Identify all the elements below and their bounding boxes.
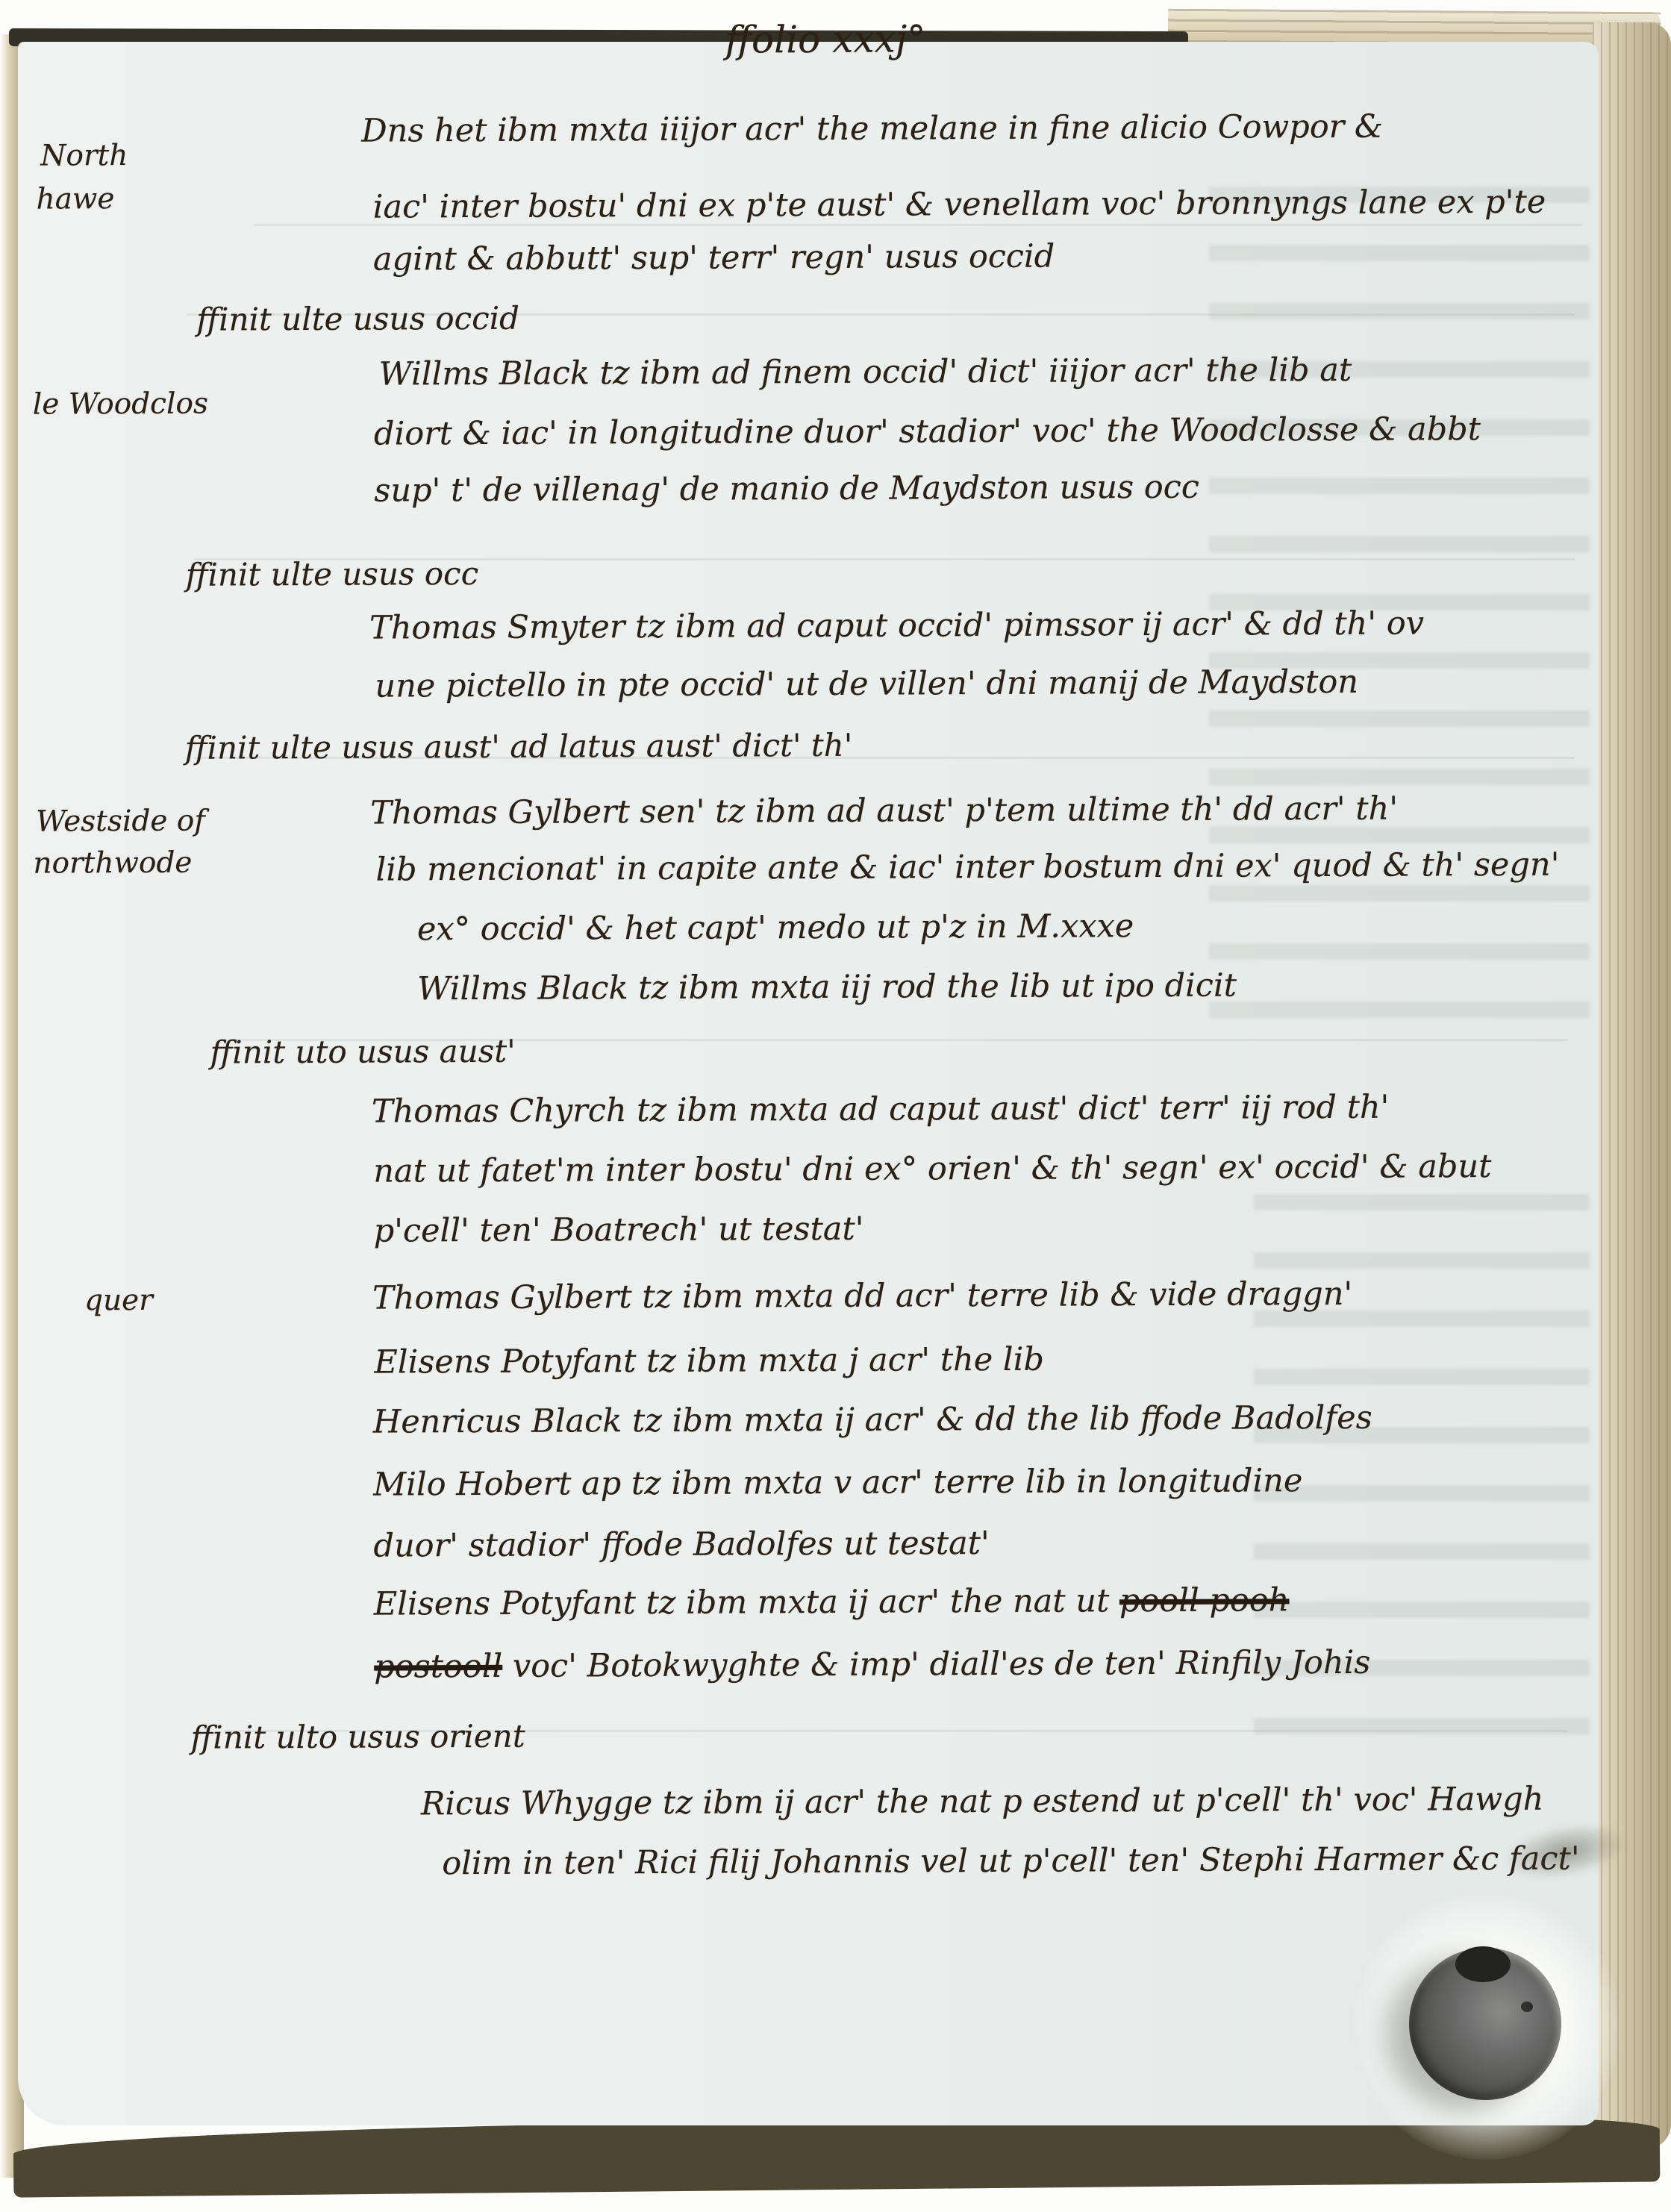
- entry-line: agint & abbutt' sup' terr' regn' usus oc…: [373, 238, 1055, 278]
- entry-line: Thomas Chyrch tz ibm mxta ad caput aust'…: [372, 1089, 1390, 1131]
- entry-line: nat ut fatet'm inter bostu' dni ex° orie…: [373, 1148, 1491, 1190]
- entry-line: Willms Black tz ibm ad finem occid' dict…: [379, 352, 1352, 393]
- struck-text: pooll pooh: [1119, 1581, 1290, 1619]
- struck-text: postooll: [374, 1648, 502, 1686]
- entry-line: Henricus Black tz ibm mxta ij acr' & dd …: [373, 1399, 1372, 1441]
- entry-line: duor' stadior' ffode Badolfes ut testat': [373, 1525, 990, 1565]
- entry-text: Elisens Potyfant tz ibm mxta ij acr' the…: [374, 1582, 1119, 1622]
- entry-line: Milo Hobert ap tz ibm mxta v acr' terre …: [373, 1462, 1302, 1503]
- entry-line: postooll voc' Botokwyghte & imp' diall'e…: [374, 1644, 1370, 1686]
- entry-line: Thomas Gylbert sen' tz ibm ad aust' p'te…: [370, 790, 1398, 832]
- margin-note-north-hawe-line2: hawe: [37, 182, 115, 216]
- entry-line: sup' t' de villenag' de manio de Maydsto…: [374, 469, 1199, 510]
- manuscript-scan: ffolio xxxj° North hawe le Woodclos West…: [0, 0, 1671, 2212]
- entry-line: Elisens Potyfant tz ibm mxta ij acr' the…: [374, 1581, 1290, 1622]
- entry-line: une pictello in pte occid' ut de villen'…: [375, 663, 1358, 705]
- section-heading: ffinit ulto usus orient: [190, 1718, 525, 1756]
- entry-line: ex° occid' & het capt' medo ut p'z in M.…: [417, 907, 1134, 948]
- entry-line: olim in ten' Rici filij Johannis vel ut …: [442, 1840, 1580, 1883]
- entry-text: voc' Botokwyghte & imp' diall'es de ten'…: [502, 1644, 1370, 1685]
- entry-line: diort & iac' in longitudine duor' stadio…: [374, 410, 1481, 452]
- margin-note-north-hawe-line1: North: [40, 139, 128, 173]
- entry-line: lib mencionat' in capite ante & iac' int…: [375, 846, 1559, 889]
- entry-line: Thomas Gylbert tz ibm mxta dd acr' terre…: [372, 1275, 1352, 1317]
- section-heading: ffinit ulte usus aust' ad latus aust' di…: [185, 727, 853, 766]
- section-heading: ffinit ulte usus occ: [186, 555, 479, 593]
- entry-line: iac' inter bostu' dni ex p'te aust' & ve…: [373, 184, 1546, 226]
- margin-note-woodclos: le Woodclos: [33, 387, 208, 422]
- entry-line: Ricus Whygge tz ibm ij acr' the nat p es…: [421, 1781, 1544, 1823]
- entry-line: Dns het ibm mxta iiijor acr' the melane …: [361, 108, 1383, 150]
- text-layer: ffolio xxxj° North hawe le Woodclos West…: [0, 0, 1671, 2212]
- margin-note-westside-line2: northwode: [33, 846, 192, 881]
- entry-line: p'cell' ten' Boatrech' ut testat': [374, 1210, 864, 1250]
- entry-line: Thomas Smyter tz ibm ad caput occid' pim…: [369, 604, 1424, 646]
- section-heading: ffinit uto usus aust': [210, 1033, 515, 1071]
- entry-line: Willms Black tz ibm mxta iij rod the lib…: [417, 967, 1237, 1008]
- margin-note-westside-line1: Westside of: [36, 804, 205, 839]
- folio-number: ffolio xxxj°: [725, 17, 926, 61]
- entry-line: Elisens Potyfant tz ibm mxta j acr' the …: [374, 1341, 1044, 1381]
- margin-note-quer: quer: [84, 1284, 153, 1317]
- metal-weight-disc: [1409, 1948, 1561, 2100]
- section-heading: ffinit ulte usus occid: [196, 300, 519, 338]
